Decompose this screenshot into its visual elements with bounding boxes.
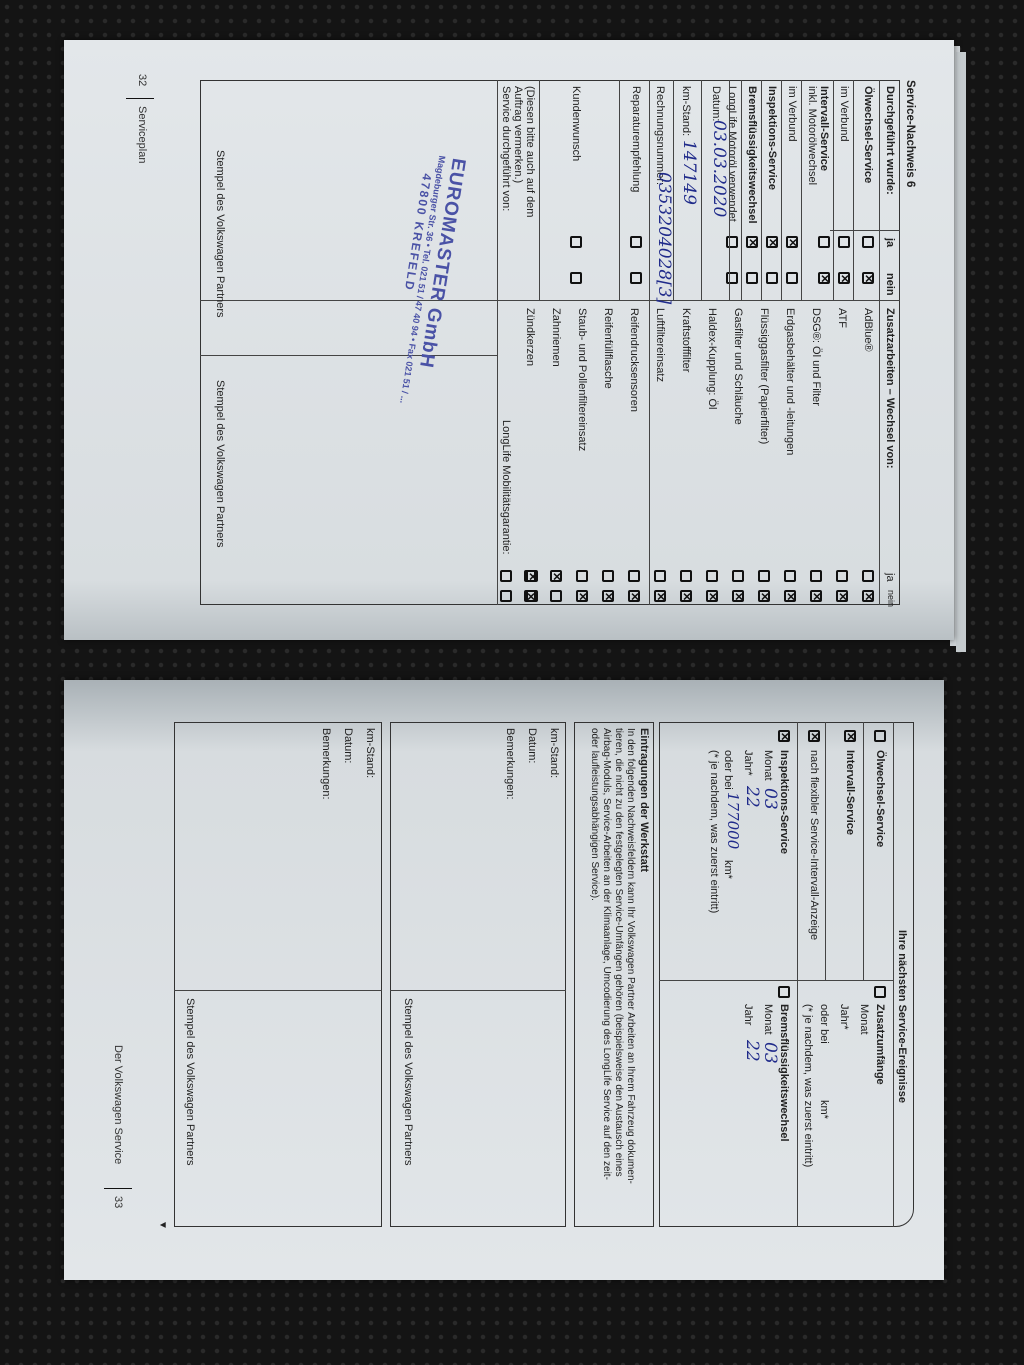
col-header-ja-2: ja bbox=[884, 573, 896, 582]
flexibel-label: nach flexibler Service-Intervall-Anzeige bbox=[808, 750, 820, 940]
page-edge bbox=[956, 52, 966, 652]
extra-row-label: Luftfiltereinsatz bbox=[654, 308, 666, 382]
eintrag-title: Eintragungen der Werkstatt bbox=[638, 728, 650, 872]
zusatz-label: Zusatzumfänge bbox=[874, 1004, 886, 1085]
entry2-km-label: km-Stand: bbox=[364, 728, 376, 778]
note-line-2: Auftrag vermerken.) bbox=[512, 86, 524, 183]
service-row-sublabel: inkl. Motorölwechsel bbox=[806, 86, 818, 185]
zusatz-km-unit: km* bbox=[818, 1100, 830, 1119]
zusatz-km-label: oder bei bbox=[818, 1004, 830, 1044]
page-number-32: 32 bbox=[136, 74, 148, 86]
extra-row-label: Haldex-Kupplung: Öl bbox=[706, 308, 718, 410]
extra-ja-checkbox[interactable] bbox=[732, 570, 744, 582]
entry2-bem-label: Bemerkungen: bbox=[320, 728, 332, 800]
reparatur-label: Reparaturempfehlung bbox=[630, 86, 642, 192]
service-nein-checkbox[interactable] bbox=[786, 272, 798, 284]
extra-ja-checkbox[interactable]: ✕ bbox=[550, 570, 562, 582]
entry1-km-label: km-Stand: bbox=[548, 728, 560, 778]
service-nein-checkbox[interactable] bbox=[726, 272, 738, 284]
extra-nein-checkbox[interactable]: ✕ bbox=[576, 590, 588, 602]
extra-nein-checkbox[interactable]: ✕ bbox=[602, 590, 614, 602]
service-ja-checkbox[interactable]: ✕ bbox=[746, 236, 758, 248]
service-row-label: im Verbund bbox=[838, 86, 850, 142]
extra-row-label: Flüssiggasfilter (Papierfilter) bbox=[758, 308, 770, 444]
next-events-title: Ihre nächsten Service-Ereignisse bbox=[896, 930, 908, 1103]
entry1-stamp-label: Stempel des Volkswagen Partners bbox=[402, 998, 414, 1166]
extra-nein-checkbox[interactable]: ✕ bbox=[706, 590, 718, 602]
intervall-checkbox[interactable]: ✕ bbox=[844, 730, 856, 742]
extra-row-label: Reifendrucksensoren bbox=[628, 308, 640, 412]
brems-jahr-value[interactable]: 22 bbox=[742, 1040, 762, 1062]
entry-box-2 bbox=[174, 722, 382, 1227]
extra-ja-checkbox[interactable] bbox=[654, 570, 666, 582]
extra-nein-checkbox[interactable]: ✕ bbox=[836, 590, 848, 602]
service-ja-checkbox[interactable]: ✕ bbox=[786, 236, 798, 248]
zusatz-footnote: (* je nachdem, was zuerst eintritt) bbox=[802, 1004, 814, 1167]
extra-ja-checkbox[interactable] bbox=[706, 570, 718, 582]
service-nein-checkbox[interactable] bbox=[746, 272, 758, 284]
extra-nein-checkbox[interactable]: ✕ bbox=[680, 590, 692, 602]
service-row-label: Bremsflüssigkeitswechsel bbox=[746, 86, 758, 224]
extra-nein-checkbox[interactable] bbox=[550, 590, 562, 602]
service-ja-checkbox[interactable] bbox=[862, 236, 874, 248]
kundenwunsch-nein-checkbox[interactable] bbox=[570, 272, 582, 284]
note-line-1: (Diesen bitte auch auf dem bbox=[524, 86, 536, 217]
kundenwunsch-ja-checkbox[interactable] bbox=[570, 236, 582, 248]
inspektion-km-unit: km* bbox=[722, 860, 734, 879]
reparatur-ja-checkbox[interactable] bbox=[630, 236, 642, 248]
datum-label: Datum: bbox=[710, 86, 722, 121]
service-row-label: Intervall-Service bbox=[818, 86, 830, 171]
stamp-label-2: Stempel des Volkswagen Partners bbox=[214, 380, 226, 548]
service-nein-checkbox[interactable]: ✕ bbox=[818, 272, 830, 284]
extra-nein-checkbox[interactable]: ✕ bbox=[784, 590, 796, 602]
eintrag-line-1: In den folgenden Nachweisfeldern kann Ih… bbox=[625, 728, 636, 1184]
service-by-label: Service durchgeführt von: bbox=[500, 86, 512, 211]
booklet-spread: Service-Nachweis 6 Durchgeführt wurde: j… bbox=[0, 0, 1024, 1365]
inspektion-monat-value[interactable]: 03 bbox=[760, 788, 780, 810]
inspektion-jahr-label: Jahr* bbox=[742, 750, 754, 776]
col-header-nein: nein bbox=[884, 273, 896, 296]
extra-ja-checkbox[interactable]: ✕ bbox=[526, 570, 538, 582]
inspektion-checkbox[interactable]: ✕ bbox=[778, 730, 790, 742]
intervall-label: Intervall-Service bbox=[844, 750, 856, 835]
page-32: Service-Nachweis 6 Durchgeführt wurde: j… bbox=[64, 40, 954, 640]
extra-ja-checkbox[interactable] bbox=[602, 570, 614, 582]
eintrag-line-4: oder laufleistungsabhängigen Service). bbox=[589, 728, 600, 901]
extra-ja-checkbox[interactable] bbox=[758, 570, 770, 582]
service-row-label: Inspektions-Service bbox=[766, 86, 778, 190]
extra-ja-checkbox[interactable] bbox=[680, 570, 692, 582]
brems-monat-label: Monat bbox=[762, 1004, 774, 1035]
col-header-done: Durchgeführt wurde: bbox=[884, 86, 896, 195]
rechnung-label: Rechnungsnummer: bbox=[654, 86, 666, 185]
inspektion-km-label: oder bei bbox=[722, 750, 734, 790]
extra-row-label: Gasfilter und Schläuche bbox=[732, 308, 744, 425]
extra-nein-checkbox[interactable] bbox=[526, 590, 538, 602]
extra-ja-checkbox[interactable] bbox=[810, 570, 822, 582]
extra-nein-checkbox[interactable]: ✕ bbox=[628, 590, 640, 602]
flexibel-checkbox[interactable]: ✕ bbox=[808, 730, 820, 742]
service-ja-checkbox[interactable]: ✕ bbox=[766, 236, 778, 248]
continue-arrow-icon: ▼ bbox=[157, 1220, 168, 1230]
section-serviceplan: Serviceplan bbox=[136, 106, 148, 163]
brems-label: Bremsflüssigkeitswechsel bbox=[778, 1004, 790, 1142]
reparatur-nein-checkbox[interactable] bbox=[630, 272, 642, 284]
entry-box-1 bbox=[390, 722, 566, 1227]
extra-ja-checkbox[interactable] bbox=[500, 570, 512, 582]
brems-checkbox[interactable] bbox=[778, 986, 790, 998]
extra-ja-checkbox[interactable] bbox=[836, 570, 848, 582]
extra-nein-checkbox[interactable]: ✕ bbox=[758, 590, 770, 602]
col-header-ja: ja bbox=[884, 238, 896, 247]
col-header-nein-2: nein bbox=[886, 590, 896, 607]
extra-row-label: Reifenfüllflasche bbox=[602, 308, 614, 389]
service-row-label: Ölwechsel-Service bbox=[862, 86, 874, 183]
service-nein-checkbox[interactable]: ✕ bbox=[862, 272, 874, 284]
entry2-datum-label: Datum: bbox=[342, 728, 354, 763]
service-ja-checkbox[interactable] bbox=[838, 236, 850, 248]
inspektion-footnote: (* je nachdem, was zuerst eintritt) bbox=[708, 750, 720, 913]
oelwechsel-checkbox[interactable] bbox=[874, 730, 886, 742]
extra-row-label: Zündkerzen bbox=[524, 308, 536, 366]
datum-value[interactable]: 03.03.2020 bbox=[709, 120, 729, 217]
inspektion-jahr-value[interactable]: 22 bbox=[742, 786, 762, 808]
col-header-extras: Zusatzarbeiten – Wechsel von: bbox=[884, 308, 896, 469]
zusatz-checkbox[interactable] bbox=[874, 986, 886, 998]
zusatz-monat-label: Monat bbox=[858, 1004, 870, 1035]
zusatz-jahr-label: Jahr* bbox=[838, 1004, 850, 1030]
mobilitaet-label: LongLife Mobilitätsgarantie: bbox=[500, 420, 512, 555]
km-value[interactable]: 147149 bbox=[679, 140, 699, 205]
extra-nein-checkbox[interactable] bbox=[500, 590, 512, 602]
extra-nein-checkbox[interactable]: ✕ bbox=[810, 590, 822, 602]
service-nein-checkbox[interactable] bbox=[766, 272, 778, 284]
entry1-datum-label: Datum: bbox=[526, 728, 538, 763]
extra-row-label: AdBlue® bbox=[862, 308, 874, 352]
form-title: Service-Nachweis 6 bbox=[904, 80, 916, 187]
brems-monat-value[interactable]: 03 bbox=[760, 1042, 780, 1064]
service-row-label: im Verbund bbox=[786, 86, 798, 142]
oelwechsel-label: Ölwechsel-Service bbox=[874, 750, 886, 847]
km-label: km-Stand: bbox=[680, 86, 692, 136]
entry1-bem-label: Bemerkungen: bbox=[504, 728, 516, 800]
section-vw-service: Der Volkswagen Service bbox=[112, 1045, 124, 1164]
brems-jahr-label: Jahr bbox=[742, 1004, 754, 1025]
page-33: Ihre nächsten Service-Ereignisse Ölwechs… bbox=[64, 680, 944, 1280]
eintrag-line-2: tieren, die nicht zu den festgelegten Se… bbox=[613, 728, 624, 1177]
service-ja-checkbox[interactable] bbox=[726, 236, 738, 248]
extra-nein-checkbox[interactable]: ✕ bbox=[732, 590, 744, 602]
entry2-stamp-label: Stempel des Volkswagen Partners bbox=[184, 998, 196, 1166]
extra-row-label: Erdgasbehälter und -leitungen bbox=[784, 308, 796, 455]
extra-row-label: Zahnriemen bbox=[550, 308, 562, 367]
kundenwunsch-label: Kundenwunsch bbox=[570, 86, 582, 161]
page-number-33: 33 bbox=[112, 1196, 124, 1208]
service-ja-checkbox[interactable] bbox=[818, 236, 830, 248]
extra-nein-checkbox[interactable]: ✕ bbox=[654, 590, 666, 602]
extra-row-label: DSG®: Öl und Filter bbox=[810, 308, 822, 406]
extra-row-label: Staub- und Pollenfiltereinsatz bbox=[576, 308, 588, 451]
inspektion-monat-label: Monat bbox=[762, 750, 774, 781]
inspektion-km-value[interactable]: 177000 bbox=[724, 792, 742, 849]
extra-nein-checkbox[interactable]: ✕ bbox=[862, 590, 874, 602]
extra-row-label: Kraftstofffilter bbox=[680, 308, 692, 372]
rechnung-value[interactable]: 0353204028[3] bbox=[654, 172, 674, 304]
stamp-label-1: Stempel des Volkswagen Partners bbox=[214, 150, 226, 318]
extra-row-label: ATF bbox=[836, 308, 848, 328]
extra-ja-checkbox[interactable] bbox=[784, 570, 796, 582]
eintrag-line-3: Airbag-Moduls, Service-Arbeiten an der K… bbox=[601, 728, 612, 1180]
service-nein-checkbox[interactable]: ✕ bbox=[838, 272, 850, 284]
extra-ja-checkbox[interactable] bbox=[628, 570, 640, 582]
extra-ja-checkbox[interactable] bbox=[862, 570, 874, 582]
extra-ja-checkbox[interactable] bbox=[576, 570, 588, 582]
